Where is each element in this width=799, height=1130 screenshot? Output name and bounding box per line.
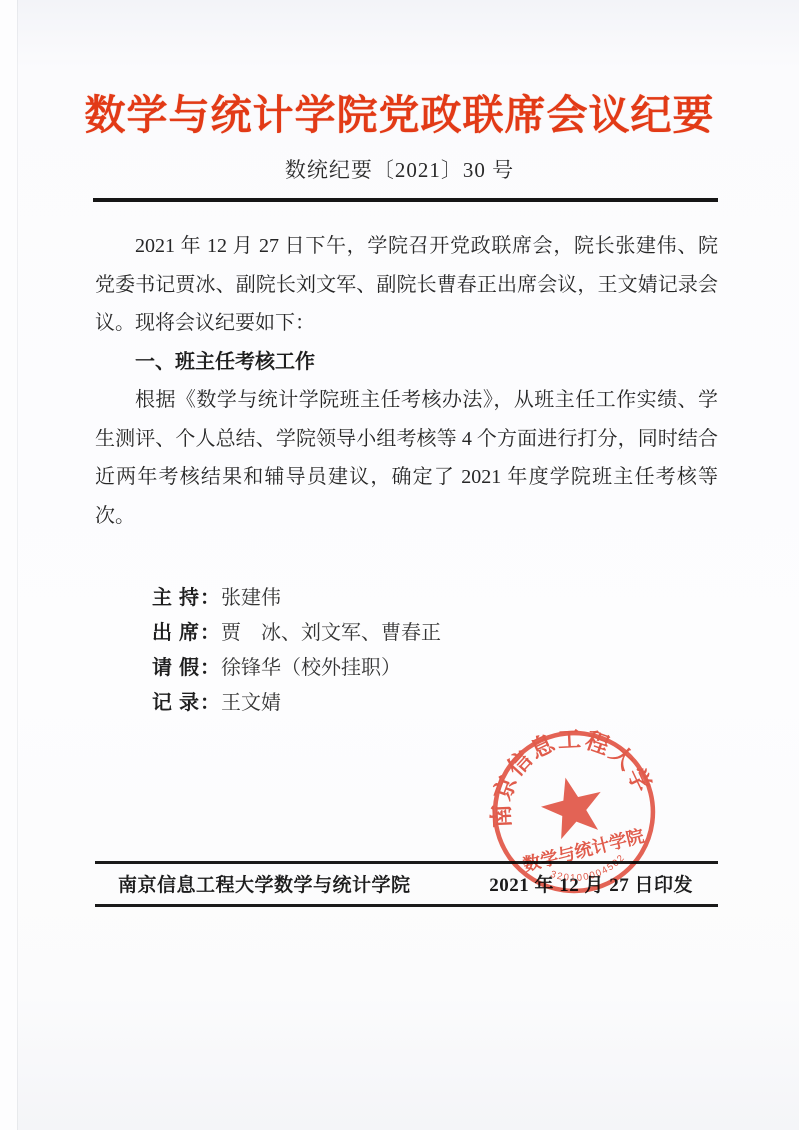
- attendance-value: 王文婧: [221, 692, 281, 714]
- attendance-value: 贾 冰、刘文军、曹春正: [221, 622, 441, 644]
- body-paragraph-1: 2021 年 12 月 27 日下午，学院召开党政联席会，院长张建伟、院党委书记…: [95, 227, 718, 343]
- section-heading: 一、班主任考核工作: [95, 343, 718, 382]
- footer-text-row: 南京信息工程大学数学与统计学院 2021 年 12 月 27 日印发: [95, 870, 718, 897]
- seal-university-arc-text: 南京信息工程大学: [470, 708, 658, 834]
- attendance-row-recorder: 记 录：王文婧: [152, 686, 718, 721]
- attendance-row-attendees: 出 席：贾 冰、刘文军、曹春正: [152, 616, 718, 651]
- seal-star-icon: [536, 770, 610, 842]
- footer-divider-bottom: [95, 904, 718, 907]
- body-paragraph-2: 根据《数学与统计学院班主任考核办法》，从班主任工作实绩、学生测评、个人总结、学院…: [95, 381, 718, 535]
- attendance-label: 主 持：: [152, 587, 221, 609]
- footer-divider-top: [95, 861, 718, 864]
- attendance-row-absent: 请 假：徐锋华（校外挂职）: [152, 651, 718, 686]
- attendance-label: 记 录：: [152, 692, 221, 714]
- attendance-label: 出 席：: [152, 622, 221, 644]
- attendance-label: 请 假：: [152, 657, 221, 679]
- attendance-value: 张建伟: [221, 587, 281, 609]
- attendance-value: 徐锋华（校外挂职）: [221, 657, 401, 679]
- document-title: 数学与统计学院党政联席会议纪要: [40, 92, 759, 139]
- svg-text:南京信息工程大学: 南京信息工程大学: [470, 708, 658, 834]
- document-number: 数统纪要〔2021〕30 号: [0, 154, 799, 184]
- footer-issuer: 南京信息工程大学数学与统计学院: [95, 870, 411, 897]
- document-body: 2021 年 12 月 27 日下午，学院召开党政联席会，院长张建伟、院党委书记…: [95, 227, 718, 535]
- header-divider-rule: [93, 198, 718, 202]
- scanned-document-page: 数学与统计学院党政联席会议纪要 数统纪要〔2021〕30 号 2021 年 12…: [0, 0, 799, 1130]
- footer-print-date: 2021 年 12 月 27 日印发: [489, 870, 718, 897]
- page-footer: 南京信息工程大学数学与统计学院 2021 年 12 月 27 日印发: [95, 861, 718, 907]
- attendance-row-host: 主 持：张建伟: [152, 581, 718, 616]
- attendance-block: 主 持：张建伟 出 席：贾 冰、刘文军、曹春正 请 假：徐锋华（校外挂职） 记 …: [95, 581, 718, 721]
